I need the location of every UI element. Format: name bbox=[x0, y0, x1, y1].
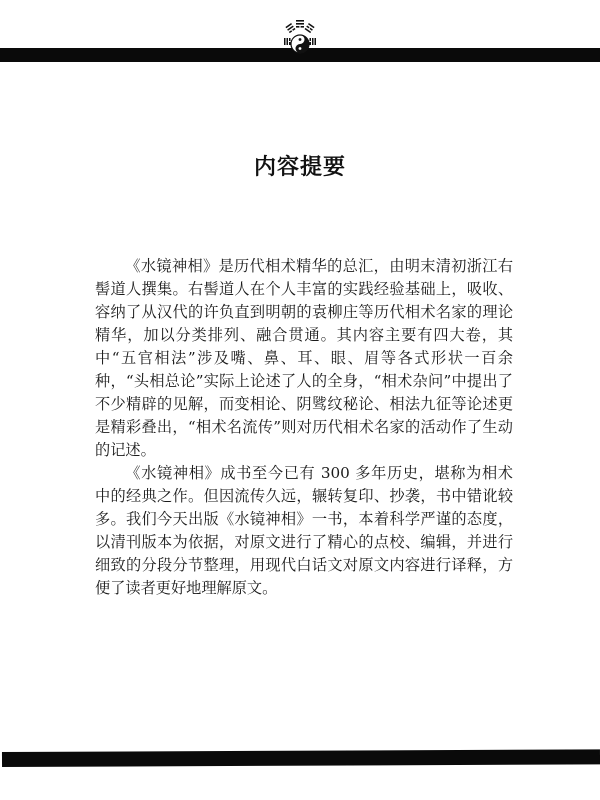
taiji-bagua-icon bbox=[283, 18, 317, 62]
footer-rule bbox=[2, 749, 600, 767]
summary-paragraph: 《水镜神相》成书至今已有 300 多年历史，堪称为相术中的经典之作。但因流传久远… bbox=[95, 462, 513, 600]
summary-paragraph: 《水镜神相》是历代相术精华的总汇，由明末清初浙江右髻道人撰集。右髻道人在个人丰富… bbox=[95, 255, 513, 462]
page-title: 内容提要 bbox=[0, 150, 600, 181]
summary-body: 《水镜神相》是历代相术精华的总汇，由明末清初浙江右髻道人撰集。右髻道人在个人丰富… bbox=[95, 255, 513, 600]
